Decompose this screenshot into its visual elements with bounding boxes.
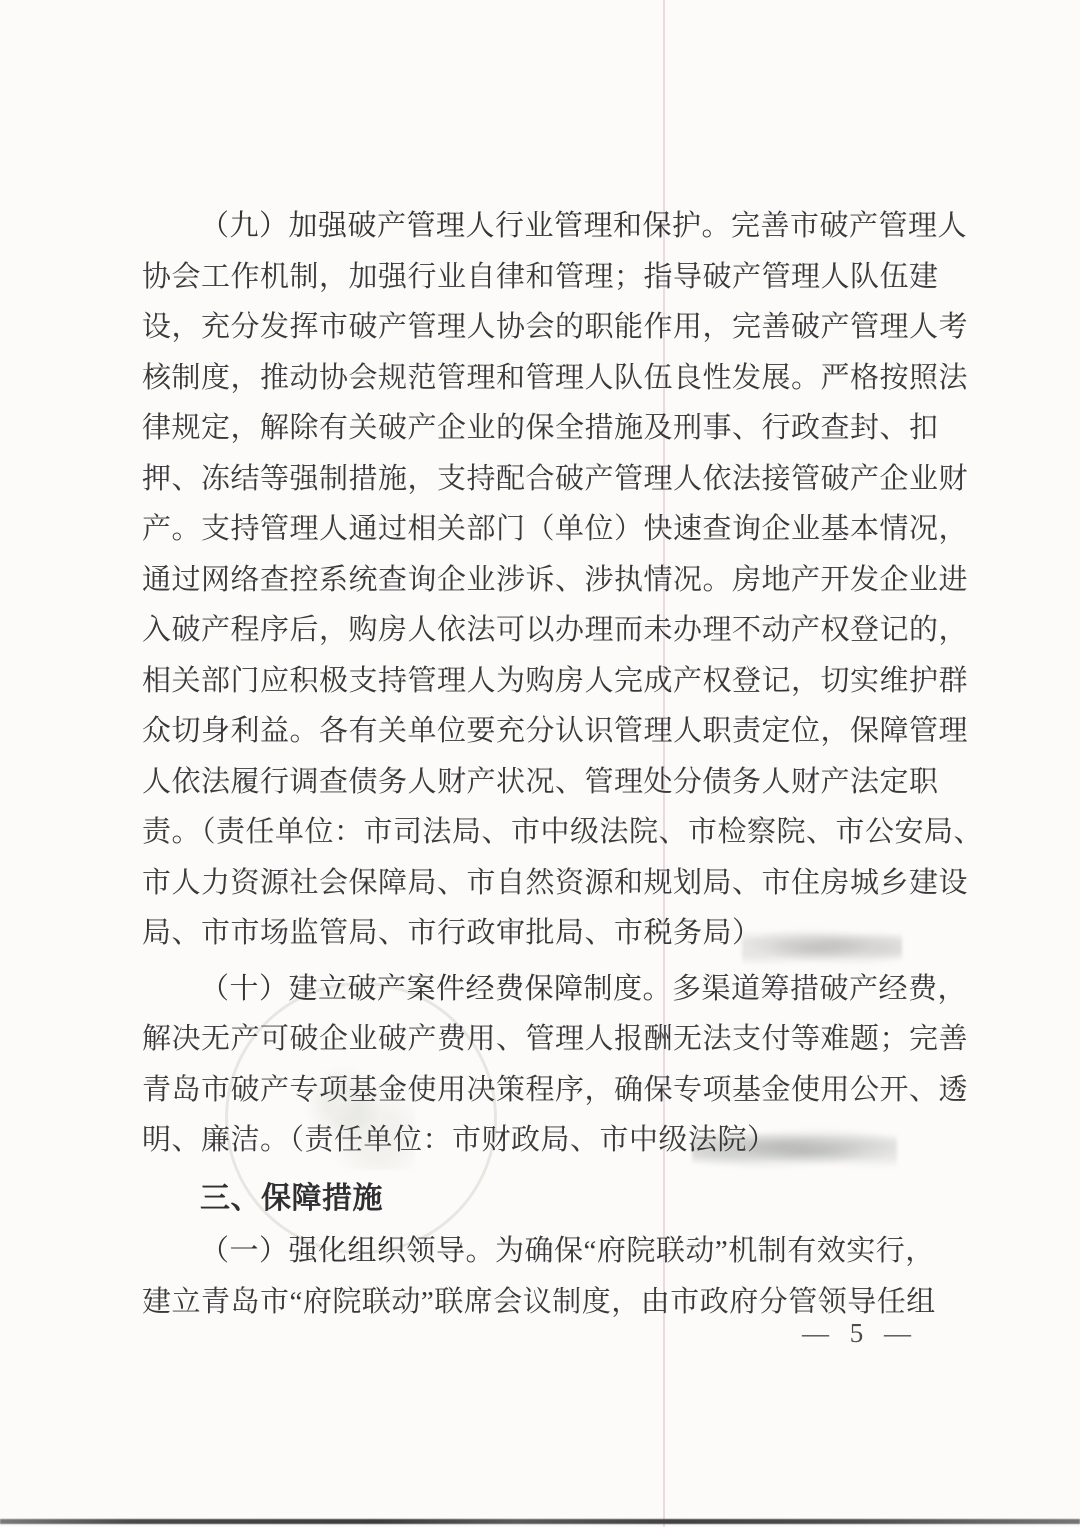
scanned-document-page: （九）加强破产管理人行业管理和保护。完善市破产管理人 协会工作机制，加强行业自律… (0, 0, 1080, 1527)
text-line: 设，充分发挥市破产管理人协会的职能作用，完善破产管理人考 (142, 302, 932, 353)
text-line: 协会工作机制，加强行业自律和管理；指导破产管理人队伍建 (142, 252, 932, 303)
text-line: 解决无产可破企业破产费用、管理人报酬无法支付等难题；完善 (142, 1014, 932, 1065)
line-text: 明、廉洁。（责任单位：市财政局、市中级法院） (142, 1124, 777, 1156)
text-line: 众切身利益。各有关单位要充分认识管理人职责定位，保障管理 (142, 706, 932, 757)
document-body: （九）加强破产管理人行业管理和保护。完善市破产管理人 协会工作机制，加强行业自律… (142, 201, 932, 1327)
line-text: 市人力资源社会保障局、市自然资源和规划局、市住房城乡建设 (142, 867, 968, 899)
heading-text: 三、保障措施 (200, 1182, 383, 1215)
line-text: 相关部门应积极支持管理人为购房人完成产权登记，切实维护群 (142, 665, 968, 697)
line-text: 入破产程序后，购房人依法可以办理而未办理不动产权登记的， (142, 614, 968, 646)
line-text: 解决无产可破企业破产费用、管理人报酬无法支付等难题；完善 (142, 1023, 968, 1055)
line-text: 人依法履行调查债务人财产状况、管理处分债务人财产法定职 (142, 766, 939, 798)
text-line-clause-9-start: （九）加强破产管理人行业管理和保护。完善市破产管理人 (142, 201, 932, 252)
line-text: 设，充分发挥市破产管理人协会的职能作用，完善破产管理人考 (142, 311, 968, 343)
text-line: 押、冻结等强制措施，支持配合破产管理人依法接管破产企业财 (142, 454, 932, 505)
text-line: 通过网络查控系统查询企业涉诉、涉执情况。房地产开发企业进 (142, 555, 932, 606)
item-1-lead: （一）强化组织领导。 (200, 1235, 495, 1267)
text-line-responsible-units-9: 市人力资源社会保障局、市自然资源和规划局、市住房城乡建设 (142, 858, 932, 909)
text-line-item-1-start: （一）强化组织领导。为确保“府院联动”机制有效实行， (142, 1226, 932, 1277)
text-line: 律规定，解除有关破产企业的保全措施及刑事、行政查封、扣 (142, 403, 932, 454)
line-text: 多渠道筹措破产经费， (672, 973, 967, 1005)
scan-bottom-edge (0, 1519, 1080, 1524)
line-text: 产。支持管理人通过相关部门（单位）快速查询企业基本情况， (142, 513, 968, 545)
line-text: 为确保“府院联动”机制有效实行， (495, 1235, 935, 1267)
line-text: 押、冻结等强制措施，支持配合破产管理人依法接管破产企业财 (142, 463, 968, 495)
line-text: 建立青岛市“府院联动”联席会议制度，由市政府分管领导任组 (142, 1286, 936, 1318)
page-number: — 5 — (790, 1318, 930, 1349)
text-line-responsible-units-9: 局、市市场监管局、市行政审批局、市税务局） (142, 908, 932, 959)
text-line: 核制度，推动协会规范管理和管理人队伍良性发展。严格按照法 (142, 353, 932, 404)
line-text: 律规定，解除有关破产企业的保全措施及刑事、行政查封、扣 (142, 412, 939, 444)
text-line-responsible-units-10: 明、廉洁。（责任单位：市财政局、市中级法院） (142, 1115, 932, 1166)
line-text: 局、市市场监管局、市行政审批局、市税务局） (142, 917, 762, 949)
text-line: 相关部门应积极支持管理人为购房人完成产权登记，切实维护群 (142, 656, 932, 707)
section-3-heading: 三、保障措施 (142, 1174, 932, 1225)
text-line-clause-10-start: （十）建立破产案件经费保障制度。多渠道筹措破产经费， (142, 964, 932, 1015)
line-text: 完善市破产管理人 (731, 210, 967, 242)
text-line: 人依法履行调查债务人财产状况、管理处分债务人财产法定职 (142, 757, 932, 808)
line-text: 通过网络查控系统查询企业涉诉、涉执情况。房地产开发企业进 (142, 564, 968, 596)
line-text: 责。（责任单位：市司法局、市中级法院、市检察院、市公安局、 (142, 816, 983, 848)
text-line: 产。支持管理人通过相关部门（单位）快速查询企业基本情况， (142, 504, 932, 555)
text-line: 入破产程序后，购房人依法可以办理而未办理不动产权登记的， (142, 605, 932, 656)
text-line: 青岛市破产专项基金使用决策程序，确保专项基金使用公开、透 (142, 1065, 932, 1116)
line-text: 青岛市破产专项基金使用决策程序，确保专项基金使用公开、透 (142, 1074, 968, 1106)
clause-10-lead: （十）建立破产案件经费保障制度。 (200, 973, 672, 1005)
text-line-responsible-units-9: 责。（责任单位：市司法局、市中级法院、市检察院、市公安局、 (142, 807, 932, 858)
line-text: 核制度，推动协会规范管理和管理人队伍良性发展。严格按照法 (142, 362, 968, 394)
line-text: 众切身利益。各有关单位要充分认识管理人职责定位，保障管理 (142, 715, 968, 747)
line-text: 协会工作机制，加强行业自律和管理；指导破产管理人队伍建 (142, 261, 939, 293)
clause-9-lead: （九）加强破产管理人行业管理和保护。 (200, 210, 731, 242)
